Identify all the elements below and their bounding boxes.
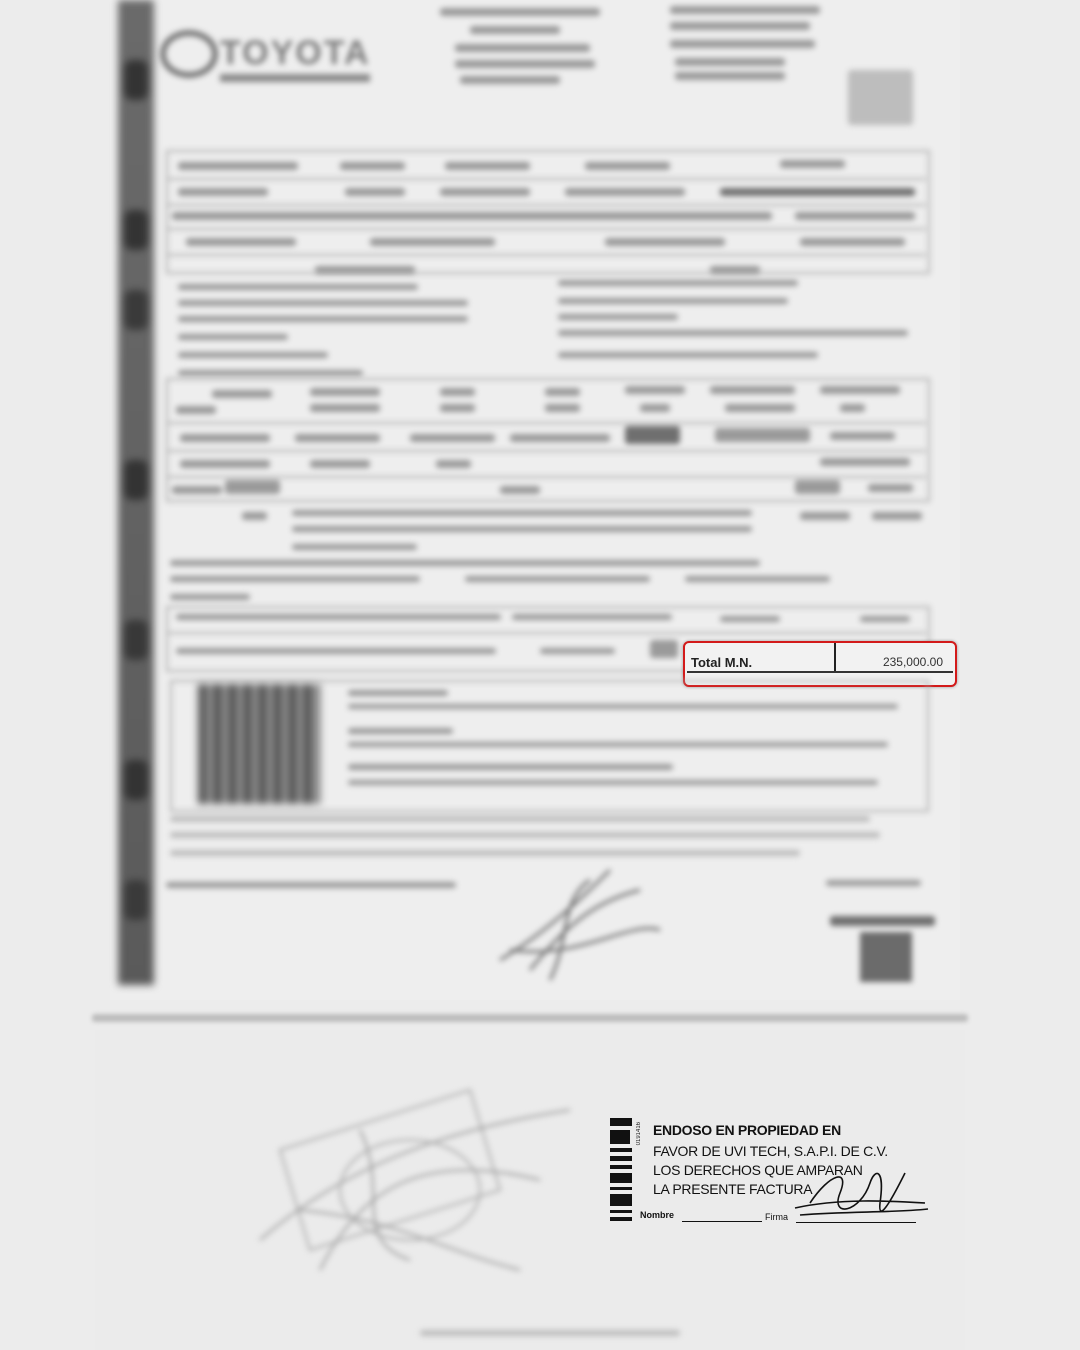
qr-code (198, 684, 320, 804)
stamp-line-1: ENDOSO EN PROPIEDAD EN (653, 1122, 841, 1138)
signature-scribble (490, 860, 670, 1000)
total-label: Total M.N. (691, 655, 752, 670)
total-amount: 235,000.00 (883, 655, 943, 669)
back-stamp-scribble (240, 1070, 600, 1290)
toyota-emblem-icon (160, 30, 218, 78)
brand-logo: TOYOTA (160, 28, 370, 88)
signature-label: Firma (765, 1212, 788, 1222)
total-divider (834, 643, 836, 671)
endorsement-stamp: 0191416 ENDOSO EN PROPIEDAD EN FAVOR DE … (610, 1118, 930, 1228)
qr-code-small (860, 932, 912, 982)
endorsement-signature (790, 1163, 930, 1228)
stamp-line-4: LA PRESENTE FACTURA (653, 1181, 812, 1197)
brand-name: TOYOTA (220, 34, 371, 73)
stamp-serial: 0191416 (636, 1122, 642, 1145)
page-divider (92, 1014, 968, 1022)
name-label: Nombre (640, 1210, 674, 1220)
binding-edge (118, 0, 154, 985)
barcode-icon (610, 1118, 634, 1224)
stamp-line-2: FAVOR DE UVI TECH, S.A.P.I. DE C.V. (653, 1143, 888, 1159)
